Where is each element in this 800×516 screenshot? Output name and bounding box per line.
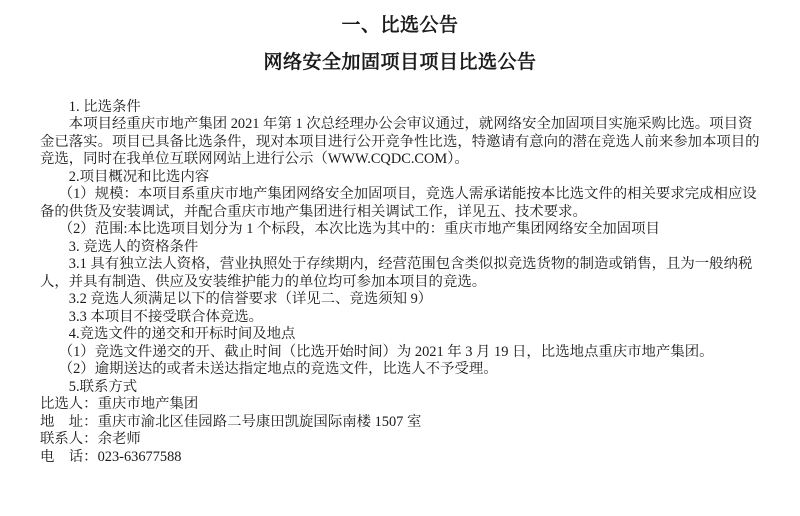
paragraph-line: 3.3 本项目不接受联合体竞选。 — [40, 309, 760, 327]
paragraph-line: 3.1 具有独立法人资格，营业执照处于存续期内，经营范围包含类似拟竞选货物的制造… — [40, 256, 760, 291]
notice-title: 网络安全加固项目项目比选公告 — [40, 53, 760, 73]
section-title: 一、比选公告 — [40, 16, 760, 36]
paragraph-line: 3. 竞选人的资格条件 — [40, 239, 760, 257]
paragraph-line: 3.2 竞选人须满足以下的信誉要求（详见二、竞选须知 9） — [40, 291, 760, 309]
document-page: 一、比选公告 网络安全加固项目项目比选公告 1. 比选条件本项目经重庆市地产集团… — [0, 0, 800, 516]
paragraph-line: 5.联系方式 — [40, 379, 760, 397]
paragraph-line: 电 话：023-63677588 — [40, 449, 760, 467]
paragraph-line: 4.竞选文件的递交和开标时间及地点 — [40, 326, 760, 344]
paragraph-line: 本项目经重庆市地产集团 2021 年第 1 次总经理办公会审议通过，就网络安全加… — [40, 116, 760, 169]
paragraph-line: 1. 比选条件 — [40, 99, 760, 117]
paragraph-line: 2.项目概况和比选内容 — [40, 169, 760, 187]
paragraph-line: 比选人：重庆市地产集团 — [40, 396, 760, 414]
paragraph-line: （2）范围:本比选项目划分为 1 个标段，本次比选为其中的：重庆市地产集团网络安… — [40, 221, 760, 239]
paragraph-line: 联系人：余老师 — [40, 431, 760, 449]
document-body: 1. 比选条件本项目经重庆市地产集团 2021 年第 1 次总经理办公会审议通过… — [40, 99, 760, 467]
paragraph-line: （1）规模：本项目系重庆市地产集团网络安全加固项目，竞选人需承诺能按本比选文件的… — [40, 186, 760, 221]
paragraph-line: 地 址：重庆市渝北区佳园路二号康田凯旋国际南楼 1507 室 — [40, 414, 760, 432]
paragraph-line: （2）逾期送达的或者未送达指定地点的竞选文件，比选人不予受理。 — [40, 361, 760, 379]
paragraph-line: （1）竞选文件递交的开、截止时间（比选开始时间）为 2021 年 3 月 19 … — [40, 344, 760, 362]
